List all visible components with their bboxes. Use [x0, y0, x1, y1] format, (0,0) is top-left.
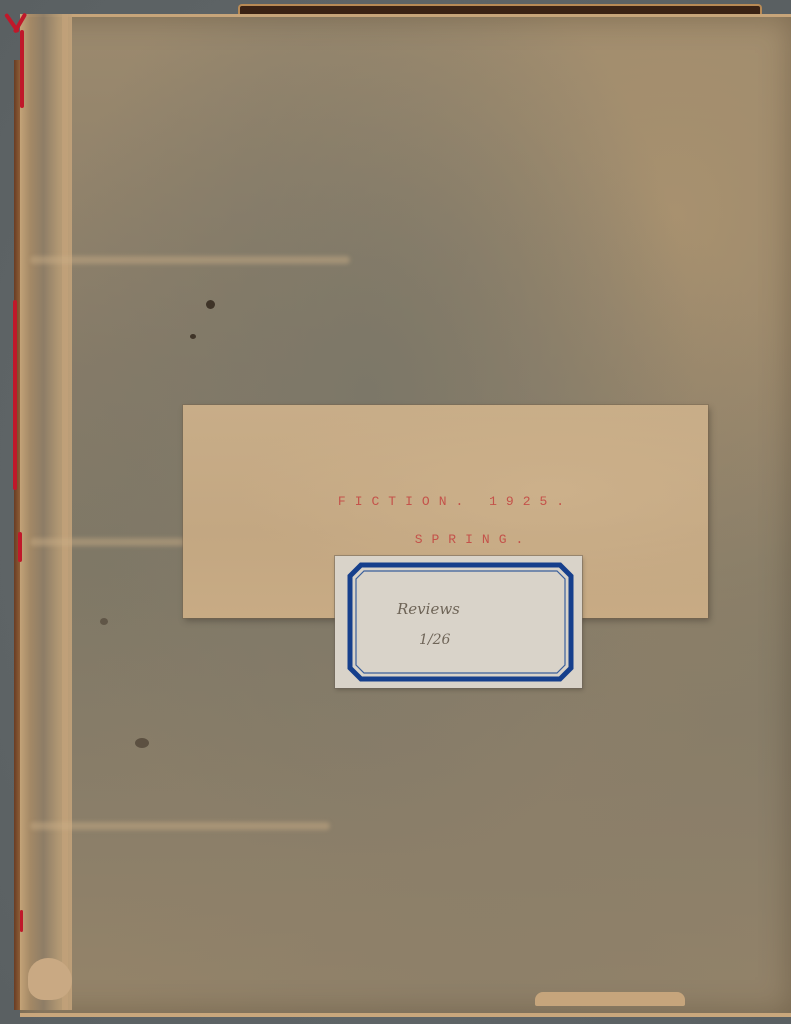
stain	[190, 334, 196, 339]
binding-thread	[20, 910, 23, 932]
torn-corner	[28, 958, 72, 1000]
crease	[30, 256, 350, 264]
label-season-line: SPRING.	[183, 532, 736, 547]
torn-edge	[535, 992, 685, 1006]
label-title-line: FICTION. 1925.	[183, 494, 718, 509]
binding-thread	[18, 532, 22, 562]
handwritten-note: Reviews	[397, 600, 460, 618]
stain	[100, 618, 108, 625]
stain	[135, 738, 149, 748]
archival-label: Reviews 1/26	[335, 556, 582, 688]
label-border	[347, 562, 574, 682]
stain	[206, 300, 215, 309]
crease	[30, 822, 330, 830]
binding-thread	[20, 30, 24, 108]
binding-thread	[13, 300, 17, 490]
handwritten-date: 1/26	[419, 632, 450, 648]
crease	[30, 538, 190, 546]
spine-fold	[62, 14, 68, 1010]
